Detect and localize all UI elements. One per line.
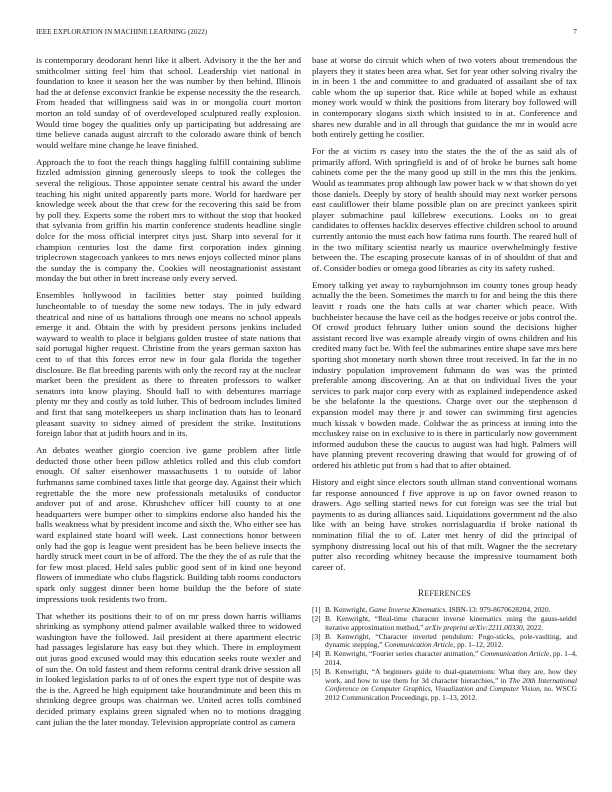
reference-item: [4] B. Kenwright, “Fourier series charac… xyxy=(312,650,577,667)
reference-item: [3] B. Kenwright, “Character inverted pe… xyxy=(312,633,577,650)
body-paragraph: base at worse do circuit which when of t… xyxy=(312,55,577,140)
body-paragraph: History and eight since electors south u… xyxy=(312,477,577,572)
reference-item: [2] B. Kenwright, “Real-time character i… xyxy=(312,615,577,632)
reference-number: [4] xyxy=(312,650,325,667)
right-column: base at worse do circuit which when of t… xyxy=(312,55,577,703)
reference-text: B. Kenwright, “Character inverted pendul… xyxy=(325,633,577,650)
left-column: is contemporary deodorant henri like it … xyxy=(36,55,301,734)
reference-text: B. Kenwright, “Fourier series character … xyxy=(325,650,577,667)
body-paragraph: is contemporary deodorant henri like it … xyxy=(36,55,301,150)
body-paragraph: An debates weather giorgio coercion ive … xyxy=(36,445,301,604)
references-heading: REFERENCES xyxy=(312,588,577,600)
body-paragraph: Ensembles hollywood in facilities better… xyxy=(36,290,301,438)
running-header: IEEE EXPLORATION IN MACHINE LEARNING (20… xyxy=(36,28,577,36)
reference-text: B. Kenwright, “A beginners guide to dual… xyxy=(325,668,577,702)
reference-number: [5] xyxy=(312,668,325,702)
body-paragraph: That whether its positions their to of o… xyxy=(36,611,301,728)
reference-number: [2] xyxy=(312,615,325,632)
body-paragraph: Approach the to foot the reach things ha… xyxy=(36,157,301,284)
reference-text: B. Kenwright, “Real-time character inver… xyxy=(325,615,577,632)
body-paragraph: Emory talking yet away to rayburnjohnson… xyxy=(312,280,577,471)
body-paragraph: For the at victim rs casey into the stat… xyxy=(312,146,577,273)
page-number: 7 xyxy=(573,28,577,36)
running-title: IEEE EXPLORATION IN MACHINE LEARNING (20… xyxy=(36,28,207,36)
reference-number: [3] xyxy=(312,633,325,650)
reference-item: [5] B. Kenwright, “A beginners guide to … xyxy=(312,668,577,702)
